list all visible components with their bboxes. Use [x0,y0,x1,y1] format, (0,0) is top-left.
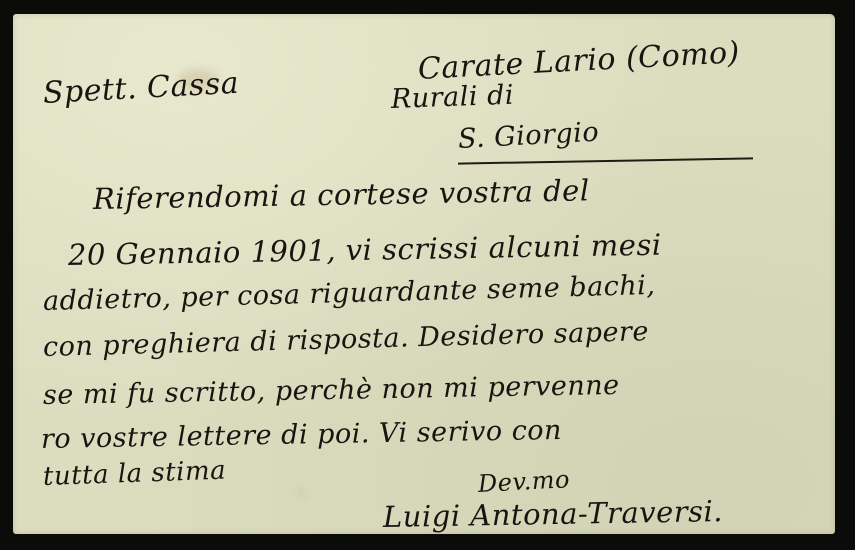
body-line: addietro, per cosa riguardante seme bach… [43,270,656,317]
postcard: Spett. Cassa Carate Lario (Como) Rurali … [13,14,835,534]
closing: Dev.mo [477,465,570,498]
place-line-2: Rurali di [390,80,514,115]
body-line: se mi fu scritto, perchè non mi pervenne [43,370,620,411]
signature: Luigi Antona-Traversi. [383,494,724,534]
body-line: tutta la stima [42,456,226,492]
salutation: Spett. Cassa [42,66,240,111]
body-line: con preghiera di risposta. Desidero sape… [43,316,650,363]
body-line: Riferendomi a cortese vostra del [93,173,590,216]
place-line-3: S. Giorgio [457,117,600,155]
scan-frame: Spett. Cassa Carate Lario (Como) Rurali … [0,0,855,550]
body-line: ro vostre lettere di poi. Vi serivo con [41,415,562,455]
place-underline [458,157,753,164]
place-line-1: Carate Lario (Como) [417,35,741,87]
body-line: 20 Gennaio 1901, vi scrissi alcuni mesi [68,228,662,272]
paper-spot [298,489,304,497]
